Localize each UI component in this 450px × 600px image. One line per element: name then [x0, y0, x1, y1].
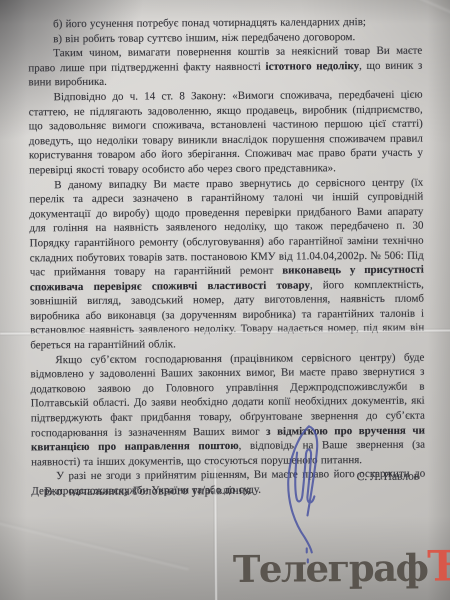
- paragraph: В даному випадку Ви маєте право звернути…: [29, 175, 424, 353]
- paper: б) його усунення потребує понад чотирнад…: [0, 0, 450, 600]
- diagonal-wrinkle-bottom-left: [0, 515, 189, 570]
- paragraph: б) його усунення потребує понад чотирнад…: [28, 15, 422, 32]
- document-body: б) його усунення потребує понад чотирнад…: [28, 15, 425, 499]
- paragraph: Відповідно до ч. 14 ст. 8 Закону: «Вимог…: [29, 88, 424, 178]
- telegraf-watermark: ТелеграфЪ: [233, 541, 450, 593]
- paragraph: Якщо суб’єктом господарювання (працівник…: [30, 350, 425, 469]
- signoff-role: В.о. начальника Головного управління: [44, 483, 251, 499]
- signoff-name: С. Л. Павлов: [357, 471, 420, 483]
- watermark-accent: Ъ: [427, 541, 450, 590]
- document-photo: б) його усунення потребує понад чотирнад…: [0, 0, 450, 600]
- paragraph: Таким чином, вимагати повернення коштів …: [28, 44, 422, 91]
- watermark-main: Телеграф: [233, 546, 428, 591]
